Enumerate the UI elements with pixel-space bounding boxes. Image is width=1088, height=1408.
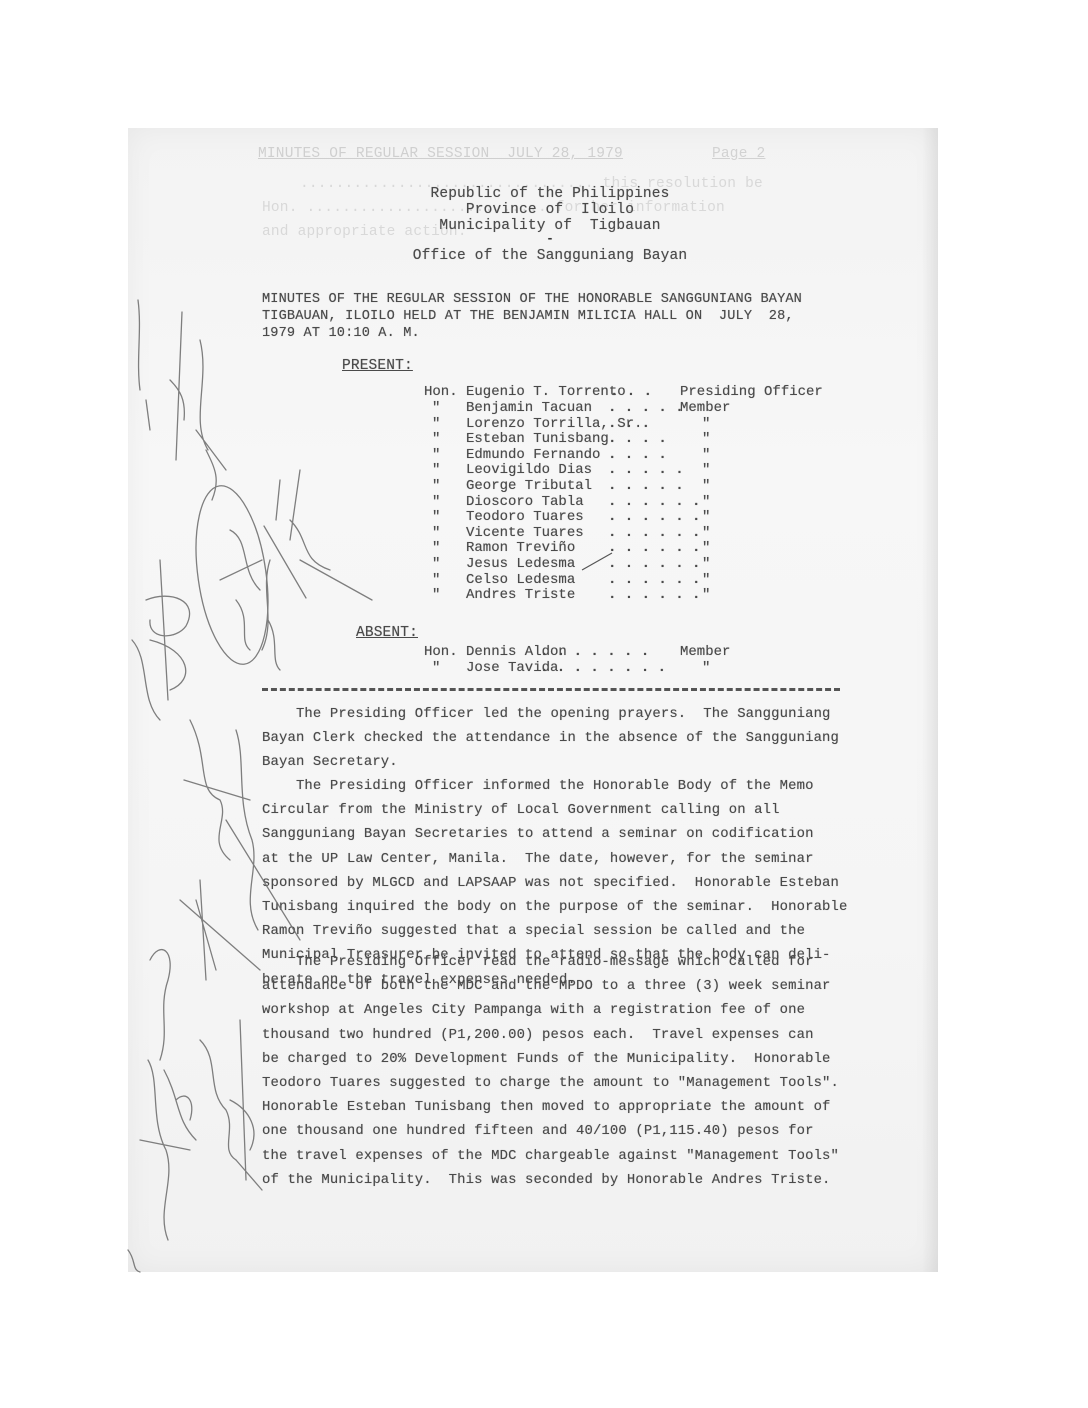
signature-stroke	[150, 950, 170, 1060]
signature-stroke	[146, 560, 190, 700]
signature-stroke	[128, 1250, 140, 1272]
signature-stroke	[132, 640, 160, 720]
margin-signatures	[0, 0, 1088, 1408]
signature-stroke	[138, 300, 150, 430]
signature-stroke	[184, 720, 250, 860]
signature-stroke	[220, 530, 262, 650]
signature-stroke	[140, 1060, 190, 1240]
signature-stroke	[170, 312, 184, 460]
signature-stroke	[196, 340, 226, 500]
signature-stroke	[264, 470, 372, 600]
check-mark	[582, 553, 612, 570]
signature-stroke	[230, 1020, 262, 1190]
signature-stroke	[180, 880, 260, 980]
signature-stroke	[226, 730, 300, 940]
signature-stroke	[262, 560, 280, 670]
signature-stroke	[164, 1070, 196, 1140]
